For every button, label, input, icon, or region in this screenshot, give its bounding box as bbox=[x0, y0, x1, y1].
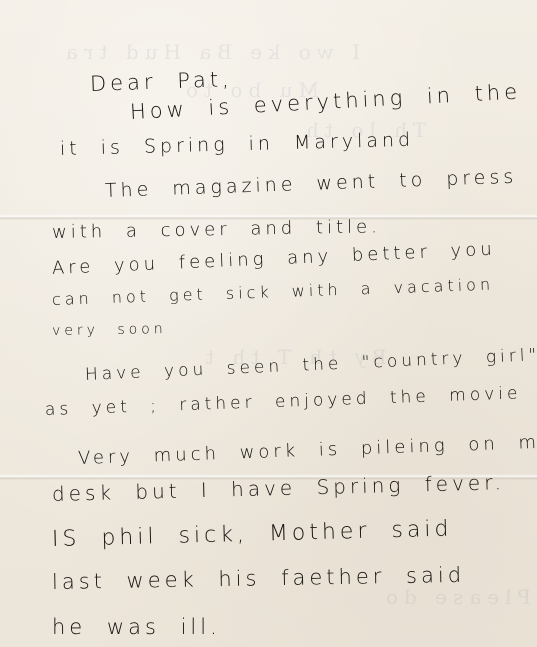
letter-line: it is Spring in Maryland bbox=[60, 129, 415, 160]
letter-line: he was ill. bbox=[52, 615, 221, 639]
letter-salutation: Dear Pat, bbox=[90, 67, 234, 96]
letter-page: I wo ke Ba Hud tra Mu bo to Th lo th By … bbox=[0, 0, 537, 647]
letter-line: IS phil sick, Mother said bbox=[52, 517, 453, 552]
bleed-through-text: Please do bbox=[380, 585, 531, 609]
letter-line: as yet ; rather enjoyed the movie bbox=[45, 383, 522, 420]
letter-line: with a cover and title. bbox=[52, 216, 381, 243]
letter-line: can not get sick with a vacation bbox=[52, 275, 495, 309]
letter-line: very soon bbox=[52, 321, 167, 339]
letter-line: Are you feeling any better you bbox=[52, 239, 497, 279]
bleed-through-text: I wo ke Ba Hud tra bbox=[60, 40, 360, 64]
letter-line: Very much work is pileing on my bbox=[78, 431, 537, 469]
letter-line: The magazine went to press today bbox=[105, 162, 537, 202]
